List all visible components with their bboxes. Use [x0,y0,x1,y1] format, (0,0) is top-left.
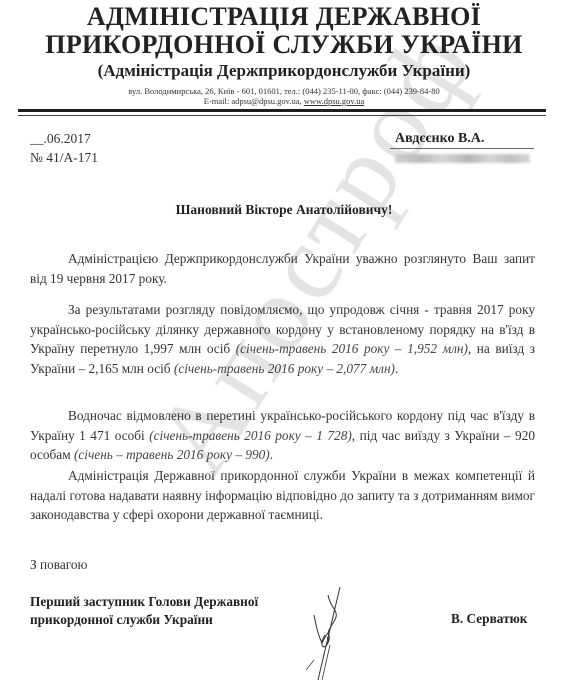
letterhead-rule-thin [18,115,546,116]
registration-number: № 41/А-171 [30,150,98,166]
email-link[interactable]: adpsu@dpsu.gov.ua [231,96,299,106]
recipient-contact-redacted [395,154,530,163]
paragraph-3-note-1: (січень-травень 2016 року – 1 728) [149,428,352,443]
paragraph-3-text-3: . [270,447,273,462]
letter-page: Апостроф АДМІНІСТРАЦІЯ ДЕРЖАВНОЇ ПРИКОРД… [0,0,568,680]
letterhead-address: вул. Володимирська, 26, Київ - 601, 0160… [0,86,568,96]
paragraph-1: Адміністрацією Держприкордонслужби Украї… [30,249,535,288]
letterhead-contacts: E-mail: adpsu@dpsu.gov.ua, www.dpsu.gov.… [0,96,568,106]
signatory-name: В. Серватюк [451,611,527,627]
email-prefix: E-mail: [204,96,232,106]
paragraph-3-note-2: (січень – травень 2016 року – 990) [74,447,270,462]
signatory-title-line1: Перший заступник Голови Державної [30,593,258,611]
letterhead-short-name: (Адміністрація Держприкордонслужби Украї… [0,61,568,81]
paragraph-4: Адміністрація Державної прикордонної слу… [30,466,535,525]
paragraph-2: За результатами розгляду повідомляємо, щ… [30,300,535,378]
closing: З повагою [30,557,87,573]
recipient-name: Авдєєнко В.А. [395,131,484,147]
paragraph-2-note-2: (січень-травень 2016 року – 2,077 млн) [174,361,395,376]
recipient-underline [390,148,534,149]
letter-date: __.06.2017 [30,131,91,147]
handwritten-signature-icon [300,585,370,680]
paragraph-2-note-1: (січень-травень 2016 року – 1,952 млн) [236,341,468,356]
salutation: Шановний Вікторе Анатолійовичу! [0,202,568,218]
signatory-title-line2: прикордонної служби України [30,611,258,629]
website-link[interactable]: www.dpsu.gov.ua [304,96,365,106]
letterhead-rule-thick [18,109,546,112]
letter-content: АДМІНІСТРАЦІЯ ДЕРЖАВНОЇ ПРИКОРДОННОЇ СЛУ… [0,0,568,680]
letterhead-title-line2: ПРИКОРДОННОЇ СЛУЖБИ УКРАЇНИ [0,30,568,60]
signatory-title: Перший заступник Голови Державної прикор… [30,593,258,629]
paragraph-2-text-3: . [395,361,398,376]
letterhead-title-line1: АДМІНІСТРАЦІЯ ДЕРЖАВНОЇ [0,2,568,32]
paragraph-3: Водночас відмовлено в перетині українськ… [30,406,535,465]
